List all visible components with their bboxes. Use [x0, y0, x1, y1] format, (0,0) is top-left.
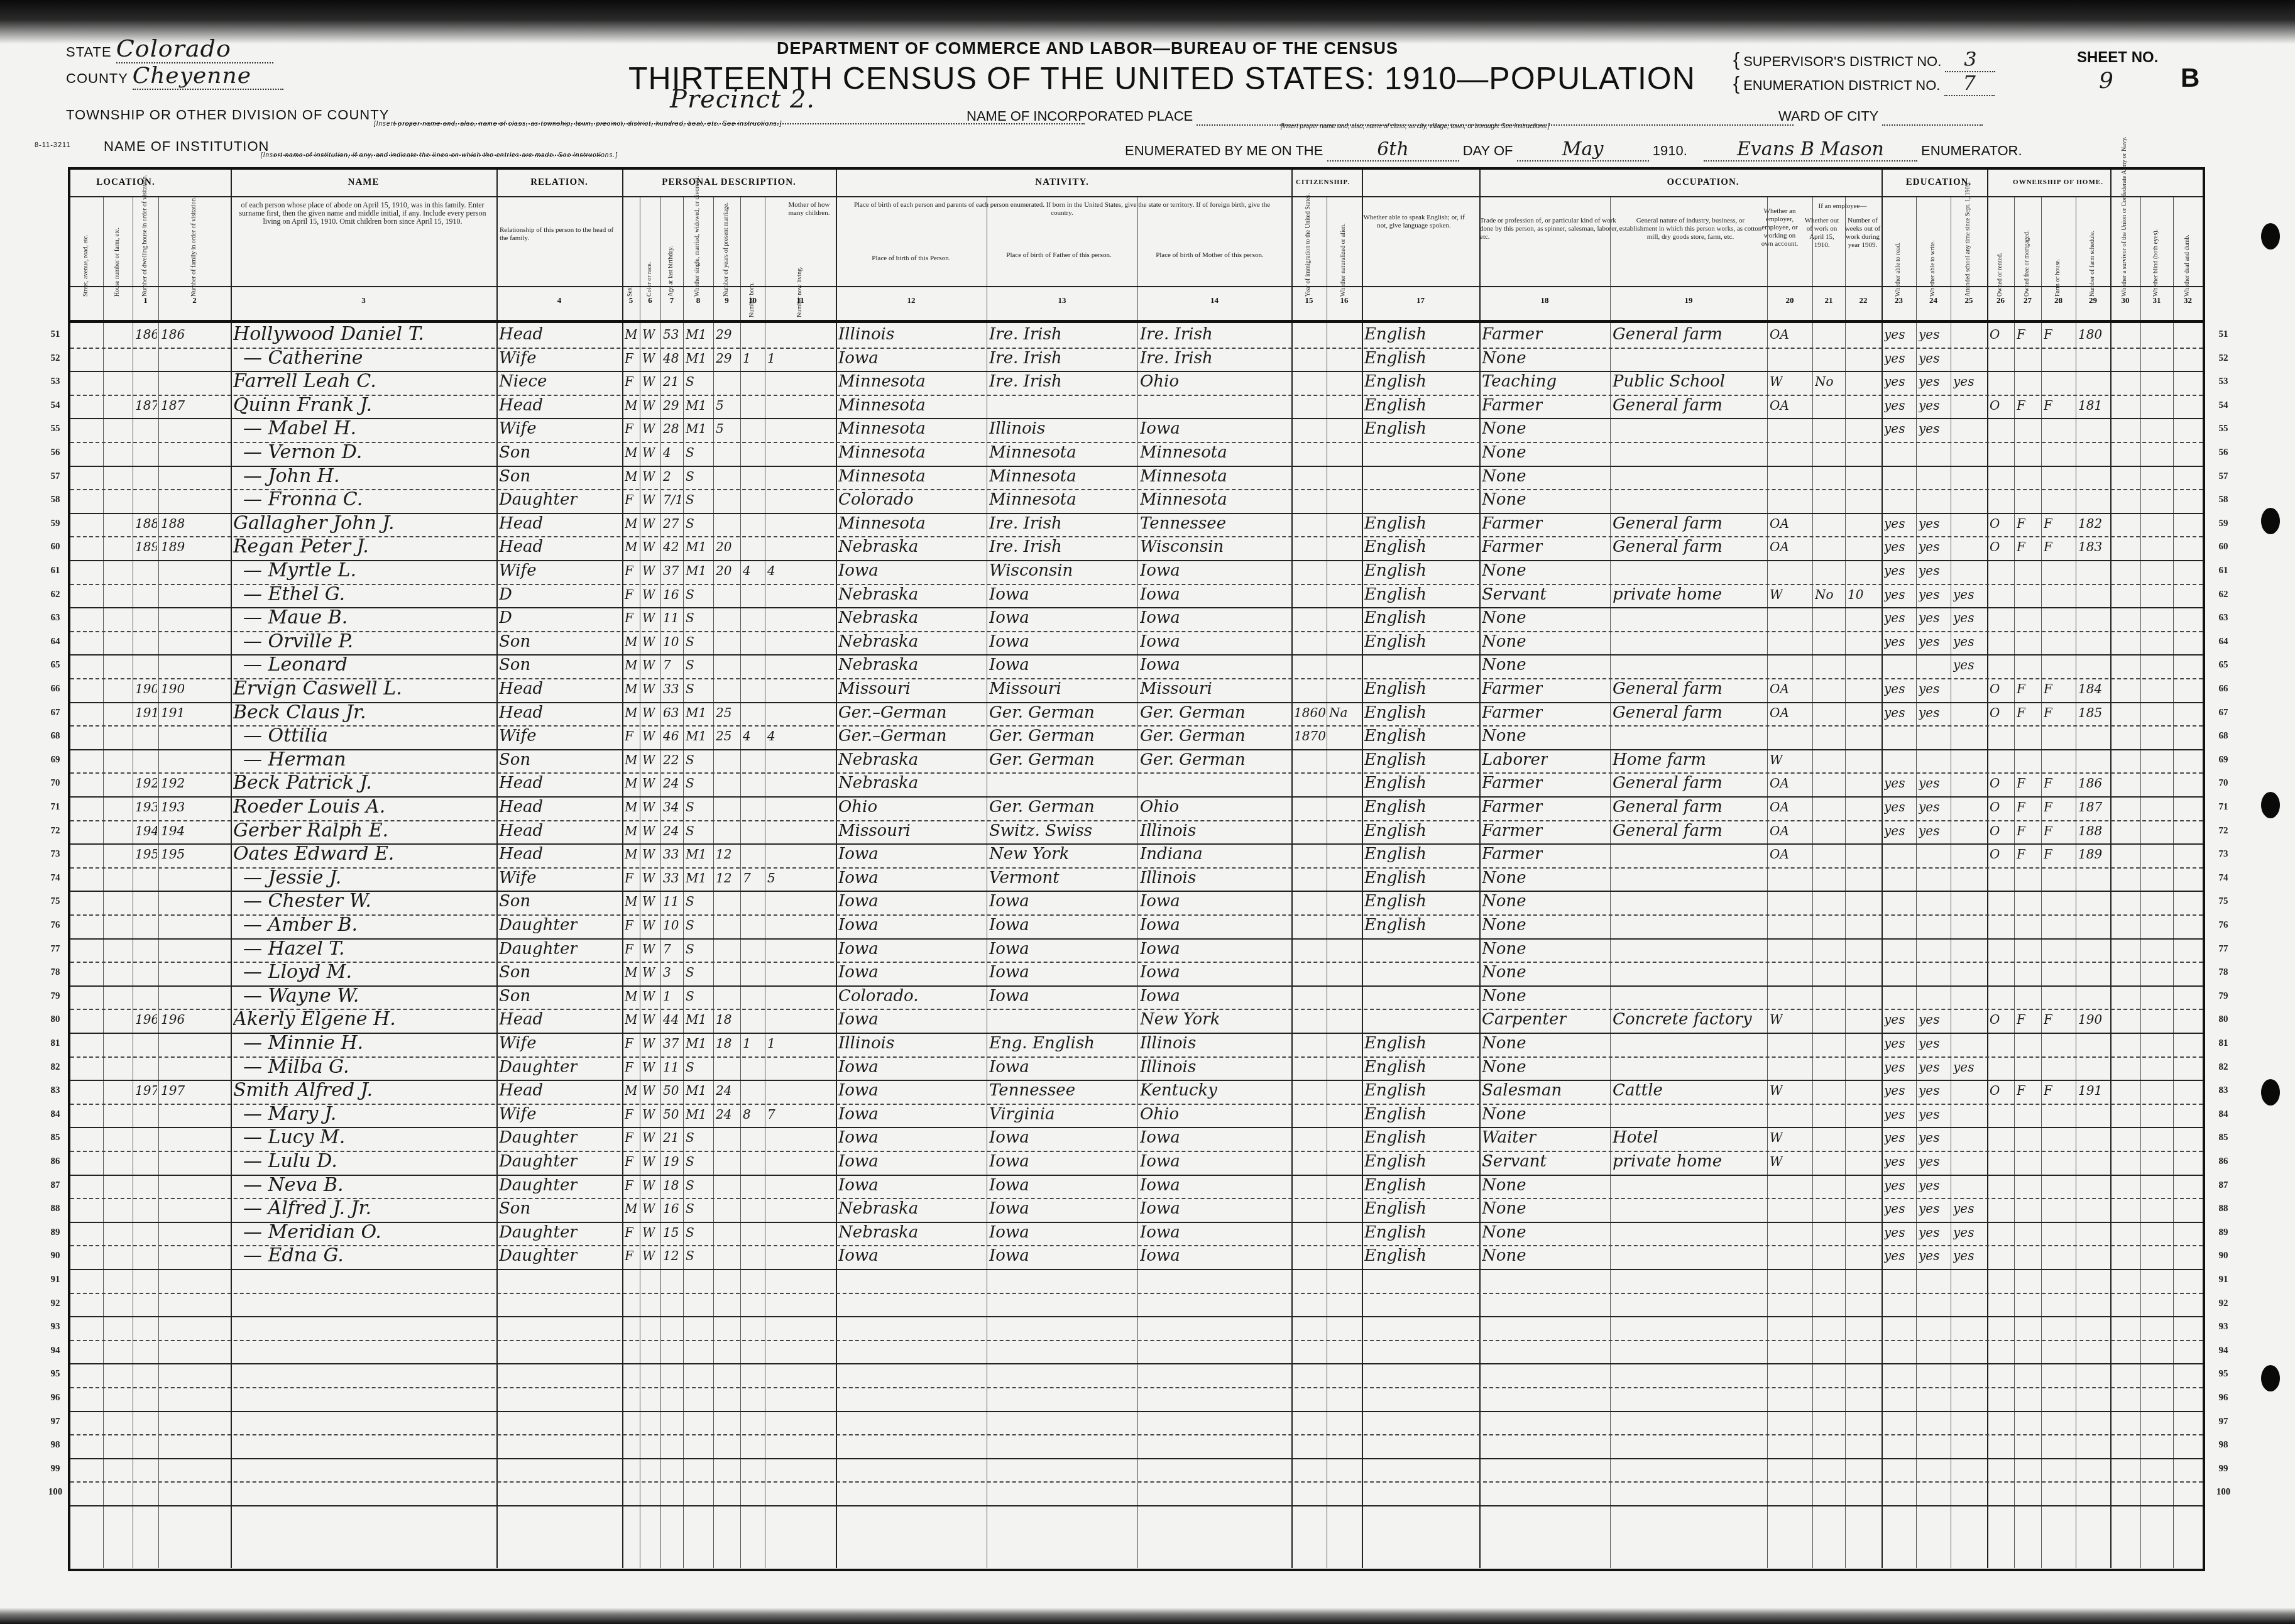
- cell-relation: Head: [499, 325, 543, 344]
- cell-write: yes: [1919, 1246, 1939, 1265]
- line-number-left: 72: [44, 826, 67, 837]
- cell-race: W: [642, 467, 655, 486]
- cell-race: W: [642, 349, 655, 368]
- cell-name: Ervign Caswell L.: [233, 679, 402, 698]
- line-number-right: 98: [2212, 1440, 2235, 1451]
- cell-trade: Farmer: [1482, 821, 1543, 840]
- cell-age: 7: [663, 656, 671, 674]
- cell-sex: F: [625, 372, 633, 391]
- cell-relation: Daughter: [499, 1246, 578, 1265]
- column-number: 13: [987, 295, 1137, 305]
- line-number-right: 62: [2212, 590, 2235, 600]
- column-rule: [683, 196, 684, 1568]
- cell-marital: S: [686, 798, 694, 816]
- cell-sex: M: [625, 679, 637, 698]
- vertical-header: Whether naturalized or alien.: [1340, 202, 1347, 297]
- cell-marital: S: [686, 1223, 694, 1242]
- cell-sched: 184: [2078, 679, 2102, 698]
- vertical-header: Owned or rented.: [1996, 202, 2003, 297]
- cell-bpm: Minnesota: [1140, 467, 1227, 486]
- cell-age: 19: [663, 1152, 679, 1171]
- cell-bp: Missouri: [838, 679, 911, 698]
- cell-bpf: Tennessee: [989, 1081, 1075, 1100]
- cell-age: 37: [663, 561, 679, 580]
- line-number-left: 52: [44, 353, 67, 364]
- cell-race: W: [642, 963, 655, 982]
- cell-race: W: [642, 798, 655, 816]
- column-rule: [158, 196, 159, 1568]
- cell-emp: OA: [1770, 845, 1789, 864]
- cell-bpm: Iowa: [1140, 987, 1180, 1006]
- line-number-left: 70: [44, 778, 67, 789]
- cell-sex: M: [625, 656, 637, 674]
- cell-sex: M: [625, 750, 637, 769]
- cell-family: 197: [161, 1081, 185, 1100]
- cell-marital: M1: [686, 703, 706, 722]
- cell-bp: Nebraska: [838, 632, 918, 651]
- cell-bp: Minnesota: [838, 372, 926, 391]
- line-number-right: 67: [2212, 708, 2235, 718]
- cell-bp: Iowa: [838, 963, 879, 982]
- line-number-right: 78: [2212, 967, 2235, 978]
- cell-sched: 187: [2078, 798, 2102, 816]
- line-number-right: 85: [2212, 1133, 2235, 1143]
- cell-age: 44: [663, 1010, 679, 1029]
- column-rule: [2173, 196, 2174, 1568]
- cell-bp: Nebraska: [838, 656, 918, 674]
- line-number-right: 77: [2212, 944, 2235, 955]
- cell-relation: Son: [499, 467, 530, 486]
- cell-bpm: Illinois: [1140, 821, 1196, 840]
- punch-hole: [2261, 223, 2280, 250]
- cell-race: W: [642, 1128, 655, 1147]
- cell-bpf: Iowa: [989, 940, 1029, 958]
- line-number-left: 73: [44, 849, 67, 860]
- cell-read: yes: [1884, 1246, 1905, 1265]
- row-rule: [70, 962, 2203, 963]
- row-rule: [70, 1056, 2203, 1058]
- cell-name: — Maue B.: [243, 608, 348, 627]
- column-rule: [1812, 196, 1813, 1568]
- cell-dwelling: 195: [135, 845, 157, 864]
- line-number-right: 100: [2212, 1487, 2235, 1498]
- cell-farm: F: [2044, 798, 2052, 816]
- cell-marital: M1: [686, 561, 706, 580]
- cell-name: — Catherine: [243, 349, 363, 368]
- scan-bottom-edge: [0, 1608, 2295, 1624]
- line-number-left: 55: [44, 424, 67, 434]
- line-number-left: 100: [44, 1487, 67, 1498]
- cell-marital: M1: [686, 349, 706, 368]
- supervisor-label: SUPERVISOR'S DISTRICT NO.: [1743, 53, 1941, 69]
- cell-write: yes: [1919, 1081, 1939, 1100]
- row-rule: [70, 536, 2203, 537]
- row-rule: [70, 1387, 2203, 1388]
- cell-bpf: Ger. German: [989, 798, 1095, 816]
- cell-race: W: [642, 537, 655, 556]
- punch-hole: [2261, 1365, 2280, 1391]
- cell-sex: M: [625, 325, 637, 344]
- cell-emp: W: [1770, 1152, 1783, 1171]
- cell-race: W: [642, 1152, 655, 1171]
- cell-bpf: Iowa: [989, 1176, 1029, 1195]
- line-number-right: 76: [2212, 920, 2235, 931]
- cell-trade: Servant: [1482, 1152, 1547, 1171]
- cell-name: — Ottilia: [243, 727, 328, 745]
- cell-school: yes: [1953, 372, 1974, 391]
- cell-sex: F: [625, 419, 633, 438]
- cell-relation: Son: [499, 1199, 530, 1218]
- cell-sex: F: [625, 349, 633, 368]
- cell-age: 29: [663, 396, 679, 415]
- cell-marital: S: [686, 1199, 694, 1218]
- cell-bp: Ohio: [838, 798, 877, 816]
- cell-industry: General farm: [1613, 396, 1723, 415]
- cell-bpm: Iowa: [1140, 585, 1180, 604]
- cell-own: O: [1990, 396, 2000, 415]
- cell-english: English: [1364, 750, 1427, 769]
- cell-years: 24: [716, 1081, 731, 1100]
- cell-race: W: [642, 703, 655, 722]
- cell-living: 4: [767, 727, 775, 745]
- cell-trade: None: [1482, 727, 1526, 745]
- row-rule: [70, 395, 2203, 396]
- cell-relation: Head: [499, 703, 543, 722]
- column-rule: [1291, 170, 1293, 1568]
- cell-relation: D: [499, 608, 512, 627]
- cell-bpm: Minnesota: [1140, 490, 1227, 509]
- cell-industry: Concrete factory: [1613, 1010, 1752, 1029]
- sheet-number: 9: [2099, 68, 2113, 94]
- cell-trade: None: [1482, 916, 1526, 935]
- line-number-right: 96: [2212, 1393, 2235, 1403]
- cell-emp: OA: [1770, 679, 1789, 698]
- line-number-left: 98: [44, 1440, 67, 1451]
- column-number: 7: [660, 295, 683, 305]
- cell-write: yes: [1919, 703, 1939, 722]
- vertical-header: Whether able to write.: [1929, 202, 1936, 297]
- enumerated-year: 1910.: [1653, 143, 1687, 158]
- cell-farm: F: [2044, 514, 2052, 533]
- cell-write: yes: [1919, 396, 1939, 415]
- column-rule: [622, 170, 623, 1568]
- cell-age: 33: [663, 869, 679, 887]
- cell-emp: W: [1770, 585, 1783, 604]
- cell-trade: Farmer: [1482, 845, 1543, 864]
- cell-age: 34: [663, 798, 679, 816]
- cell-school: yes: [1953, 1246, 1974, 1265]
- column-rule: [231, 170, 232, 1568]
- row-rule: [70, 702, 2203, 703]
- cell-bpm: Ohio: [1140, 372, 1179, 391]
- cell-school: yes: [1953, 656, 1974, 674]
- cell-marital: S: [686, 514, 694, 533]
- line-number-right: 70: [2212, 778, 2235, 789]
- cell-age: 42: [663, 537, 679, 556]
- cell-bpf: Ire. Irish: [989, 537, 1062, 556]
- sheet-side: B: [2181, 63, 2199, 93]
- column-number: 4: [496, 295, 622, 305]
- row-rule: [70, 749, 2203, 750]
- cell-born: 4: [743, 727, 751, 745]
- cell-family: 190: [161, 679, 185, 698]
- cell-bpf: Minnesota: [989, 490, 1076, 509]
- row-rule: [70, 1340, 2203, 1341]
- cell-bpm: Iowa: [1140, 561, 1180, 580]
- cell-sex: M: [625, 467, 637, 486]
- vertical-header: Whether able to read.: [1895, 202, 1902, 297]
- line-number-left: 79: [44, 991, 67, 1002]
- line-number-left: 93: [44, 1322, 67, 1332]
- vertical-header: Whether blind (both eyes).: [2152, 202, 2159, 297]
- cell-race: W: [642, 1199, 655, 1218]
- cell-free: F: [2017, 679, 2025, 698]
- cell-english: English: [1364, 1176, 1427, 1195]
- column-rule: [1137, 196, 1138, 1568]
- cell-read: yes: [1884, 1223, 1905, 1242]
- cell-english: English: [1364, 632, 1427, 651]
- column-rule: [2110, 170, 2112, 1568]
- vertical-header: Number born.: [748, 239, 755, 317]
- row-rule: [70, 1269, 2203, 1270]
- cell-bp: Iowa: [838, 869, 879, 887]
- cell-sex: F: [625, 1246, 633, 1265]
- line-number-left: 59: [44, 518, 67, 529]
- cell-industry: Home farm: [1613, 750, 1706, 769]
- row-rule: [70, 1481, 2203, 1483]
- cell-bpf: Iowa: [989, 1199, 1029, 1218]
- header-out-of-work: Whether out of work on April 15, 1910.: [1802, 217, 1841, 250]
- cell-read: yes: [1884, 514, 1905, 533]
- column-number: 25: [1951, 295, 1987, 305]
- cell-trade: None: [1482, 892, 1526, 911]
- column-number: 12: [836, 295, 987, 305]
- header-birth-person: Place of birth of this Person.: [839, 255, 983, 263]
- cell-sex: M: [625, 798, 637, 816]
- cell-race: W: [642, 656, 655, 674]
- cell-family: 189: [161, 537, 185, 556]
- cell-race: W: [642, 774, 655, 793]
- row-rule: [70, 914, 2203, 916]
- cell-bpf: Iowa: [989, 608, 1029, 627]
- cell-age: 11: [663, 1058, 679, 1077]
- cell-race: W: [642, 1246, 655, 1265]
- column-rule: [740, 196, 741, 1568]
- cell-industry: General farm: [1613, 703, 1723, 722]
- cell-sex: F: [625, 1105, 633, 1124]
- cell-own: O: [1990, 774, 2000, 793]
- line-number-left: 89: [44, 1227, 67, 1238]
- cell-relation: Son: [499, 892, 530, 911]
- cell-relation: Head: [499, 798, 543, 816]
- cell-free: F: [2017, 774, 2025, 793]
- cell-relation: Daughter: [499, 1128, 578, 1147]
- cell-trade: Farmer: [1482, 537, 1543, 556]
- cell-born: 1: [743, 1034, 751, 1053]
- row-rule: [70, 560, 2203, 561]
- cell-write: yes: [1919, 1105, 1939, 1124]
- line-number-right: 89: [2212, 1227, 2235, 1238]
- cell-emp: W: [1770, 1010, 1783, 1029]
- cell-bpm: Ire. Irish: [1140, 325, 1213, 344]
- census-title: THIRTEENTH CENSUS OF THE UNITED STATES: …: [628, 60, 1695, 97]
- cell-read: yes: [1884, 325, 1905, 344]
- cell-marital: M1: [686, 325, 706, 344]
- cell-trade: None: [1482, 940, 1526, 958]
- township-note: [Insert proper name and, also, name of c…: [374, 121, 782, 128]
- vertical-header: Whether single, married, widowed, or div…: [694, 202, 701, 297]
- row-rule: [70, 796, 2203, 798]
- cell-write: yes: [1919, 774, 1939, 793]
- cell-school: yes: [1953, 585, 1974, 604]
- enumeration-district: 7: [1944, 71, 1995, 96]
- cell-emp: W: [1770, 372, 1783, 391]
- cell-write: yes: [1919, 632, 1939, 651]
- cell-english: English: [1364, 608, 1427, 627]
- cell-sched: 188: [2078, 821, 2102, 840]
- cell-trade: None: [1482, 987, 1526, 1006]
- cell-name: — Hazel T.: [243, 940, 344, 958]
- cell-farm: F: [2044, 537, 2052, 556]
- cell-read: yes: [1884, 1199, 1905, 1218]
- cell-name: — John H.: [243, 467, 340, 486]
- cell-relation: Son: [499, 750, 530, 769]
- line-number-right: 72: [2212, 826, 2235, 837]
- cell-bpf: Iowa: [989, 1246, 1029, 1265]
- cell-race: W: [642, 632, 655, 651]
- cell-bp: Nebraska: [838, 1199, 918, 1218]
- cell-marital: M1: [686, 396, 706, 415]
- cell-race: W: [642, 821, 655, 840]
- cell-bp: Minnesota: [838, 467, 926, 486]
- cell-marital: S: [686, 1058, 694, 1077]
- cell-bpm: Wisconsin: [1140, 537, 1224, 556]
- line-number-left: 51: [44, 329, 67, 340]
- cell-free: F: [2017, 1081, 2025, 1100]
- line-number-left: 83: [44, 1085, 67, 1096]
- institution-note: [Insert name of institution, if any, and…: [261, 152, 618, 159]
- cell-write: yes: [1919, 1152, 1939, 1171]
- cell-english: English: [1364, 561, 1427, 580]
- row-rule: [70, 938, 2203, 940]
- county-value: Cheyenne: [133, 63, 283, 90]
- cell-relation: Son: [499, 443, 530, 462]
- column-number: 29: [2076, 295, 2110, 305]
- column-rule: [2076, 196, 2076, 1568]
- line-number-left: 76: [44, 920, 67, 931]
- cell-sex: F: [625, 1128, 633, 1147]
- cell-bp: Iowa: [838, 845, 879, 864]
- cell-marital: S: [686, 490, 694, 509]
- cell-bp: Nebraska: [838, 750, 918, 769]
- incorporated-place: NAME OF INCORPORATED PLACE [Insert prope…: [967, 108, 1794, 126]
- cell-age: 24: [663, 821, 679, 840]
- row-rule: [70, 584, 2203, 585]
- column-rule: [1845, 196, 1846, 1568]
- cell-dwelling: 186: [135, 325, 157, 344]
- cell-bp: Illinois: [838, 1034, 894, 1053]
- line-number-right: 99: [2212, 1464, 2235, 1474]
- cell-trade: None: [1482, 1058, 1526, 1077]
- column-number: 32: [2173, 295, 2203, 305]
- cell-trade: None: [1482, 869, 1526, 887]
- column-rule: [2041, 196, 2042, 1568]
- column-number: 18: [1479, 295, 1610, 305]
- cell-marital: M1: [686, 845, 706, 864]
- cell-write: yes: [1919, 679, 1939, 698]
- column-rule: [133, 196, 133, 1568]
- group-education: EDUCATION.: [1885, 170, 1992, 195]
- line-number-right: 84: [2212, 1109, 2235, 1120]
- cell-read: yes: [1884, 1010, 1905, 1029]
- cell-english: English: [1364, 1081, 1427, 1100]
- cell-trade: None: [1482, 443, 1526, 462]
- cell-name: Beck Claus Jr.: [233, 703, 366, 722]
- cell-english: English: [1364, 916, 1427, 935]
- cell-bp: Ger.–German: [838, 727, 946, 745]
- cell-bpm: Iowa: [1140, 1128, 1180, 1147]
- state-label: STATE: [66, 44, 112, 60]
- cell-trade: Farmer: [1482, 514, 1543, 533]
- row-rule: [70, 607, 2203, 608]
- row-rule: [70, 442, 2203, 443]
- enumeration-label: ENUMERATION DISTRICT NO.: [1743, 77, 1940, 93]
- vertical-header: Farm or house.: [2054, 202, 2061, 297]
- column-number: 6: [640, 295, 660, 305]
- cell-emp: OA: [1770, 325, 1789, 344]
- cell-english: English: [1364, 869, 1427, 887]
- county-label: COUNTY: [66, 70, 128, 86]
- row-rule: [70, 489, 2203, 490]
- cell-family: 195: [161, 845, 185, 864]
- cell-relation: Son: [499, 987, 530, 1006]
- column-rule: [713, 196, 714, 1568]
- cell-sex: F: [625, 490, 633, 509]
- cell-trade: None: [1482, 1034, 1526, 1053]
- line-number-right: 55: [2212, 424, 2235, 434]
- cell-race: W: [642, 585, 655, 604]
- cell-name: — Edna G.: [243, 1246, 344, 1265]
- cell-write: yes: [1919, 798, 1939, 816]
- cell-bpf: Iowa: [989, 963, 1029, 982]
- cell-english: English: [1364, 1058, 1427, 1077]
- cell-bp: Nebraska: [838, 774, 918, 793]
- cell-relation: Daughter: [499, 1152, 578, 1171]
- cell-marital: S: [686, 892, 694, 911]
- cell-age: 24: [663, 774, 679, 793]
- cell-bpf: Missouri: [989, 679, 1061, 698]
- state-value: Colorado: [116, 35, 273, 63]
- cell-emp: OA: [1770, 798, 1789, 816]
- column-number: 16: [1327, 295, 1362, 305]
- row-rule: [70, 1458, 2203, 1459]
- cell-write: yes: [1919, 561, 1939, 580]
- cell-sex: M: [625, 963, 637, 982]
- cell-bpm: Ger. German: [1140, 750, 1246, 769]
- cell-emp: OA: [1770, 514, 1789, 533]
- cell-free: F: [2017, 798, 2025, 816]
- column-rule: [2014, 196, 2015, 1568]
- line-number-right: 63: [2212, 613, 2235, 623]
- cell-write: yes: [1919, 1199, 1939, 1218]
- cell-race: W: [642, 1105, 655, 1124]
- cell-marital: S: [686, 1128, 694, 1147]
- cell-name: — Orville P.: [243, 632, 353, 651]
- cell-sched: 180: [2078, 325, 2102, 344]
- cell-marital: M1: [686, 1034, 706, 1053]
- cell-years: 18: [716, 1034, 731, 1053]
- cell-born: 4: [743, 561, 751, 580]
